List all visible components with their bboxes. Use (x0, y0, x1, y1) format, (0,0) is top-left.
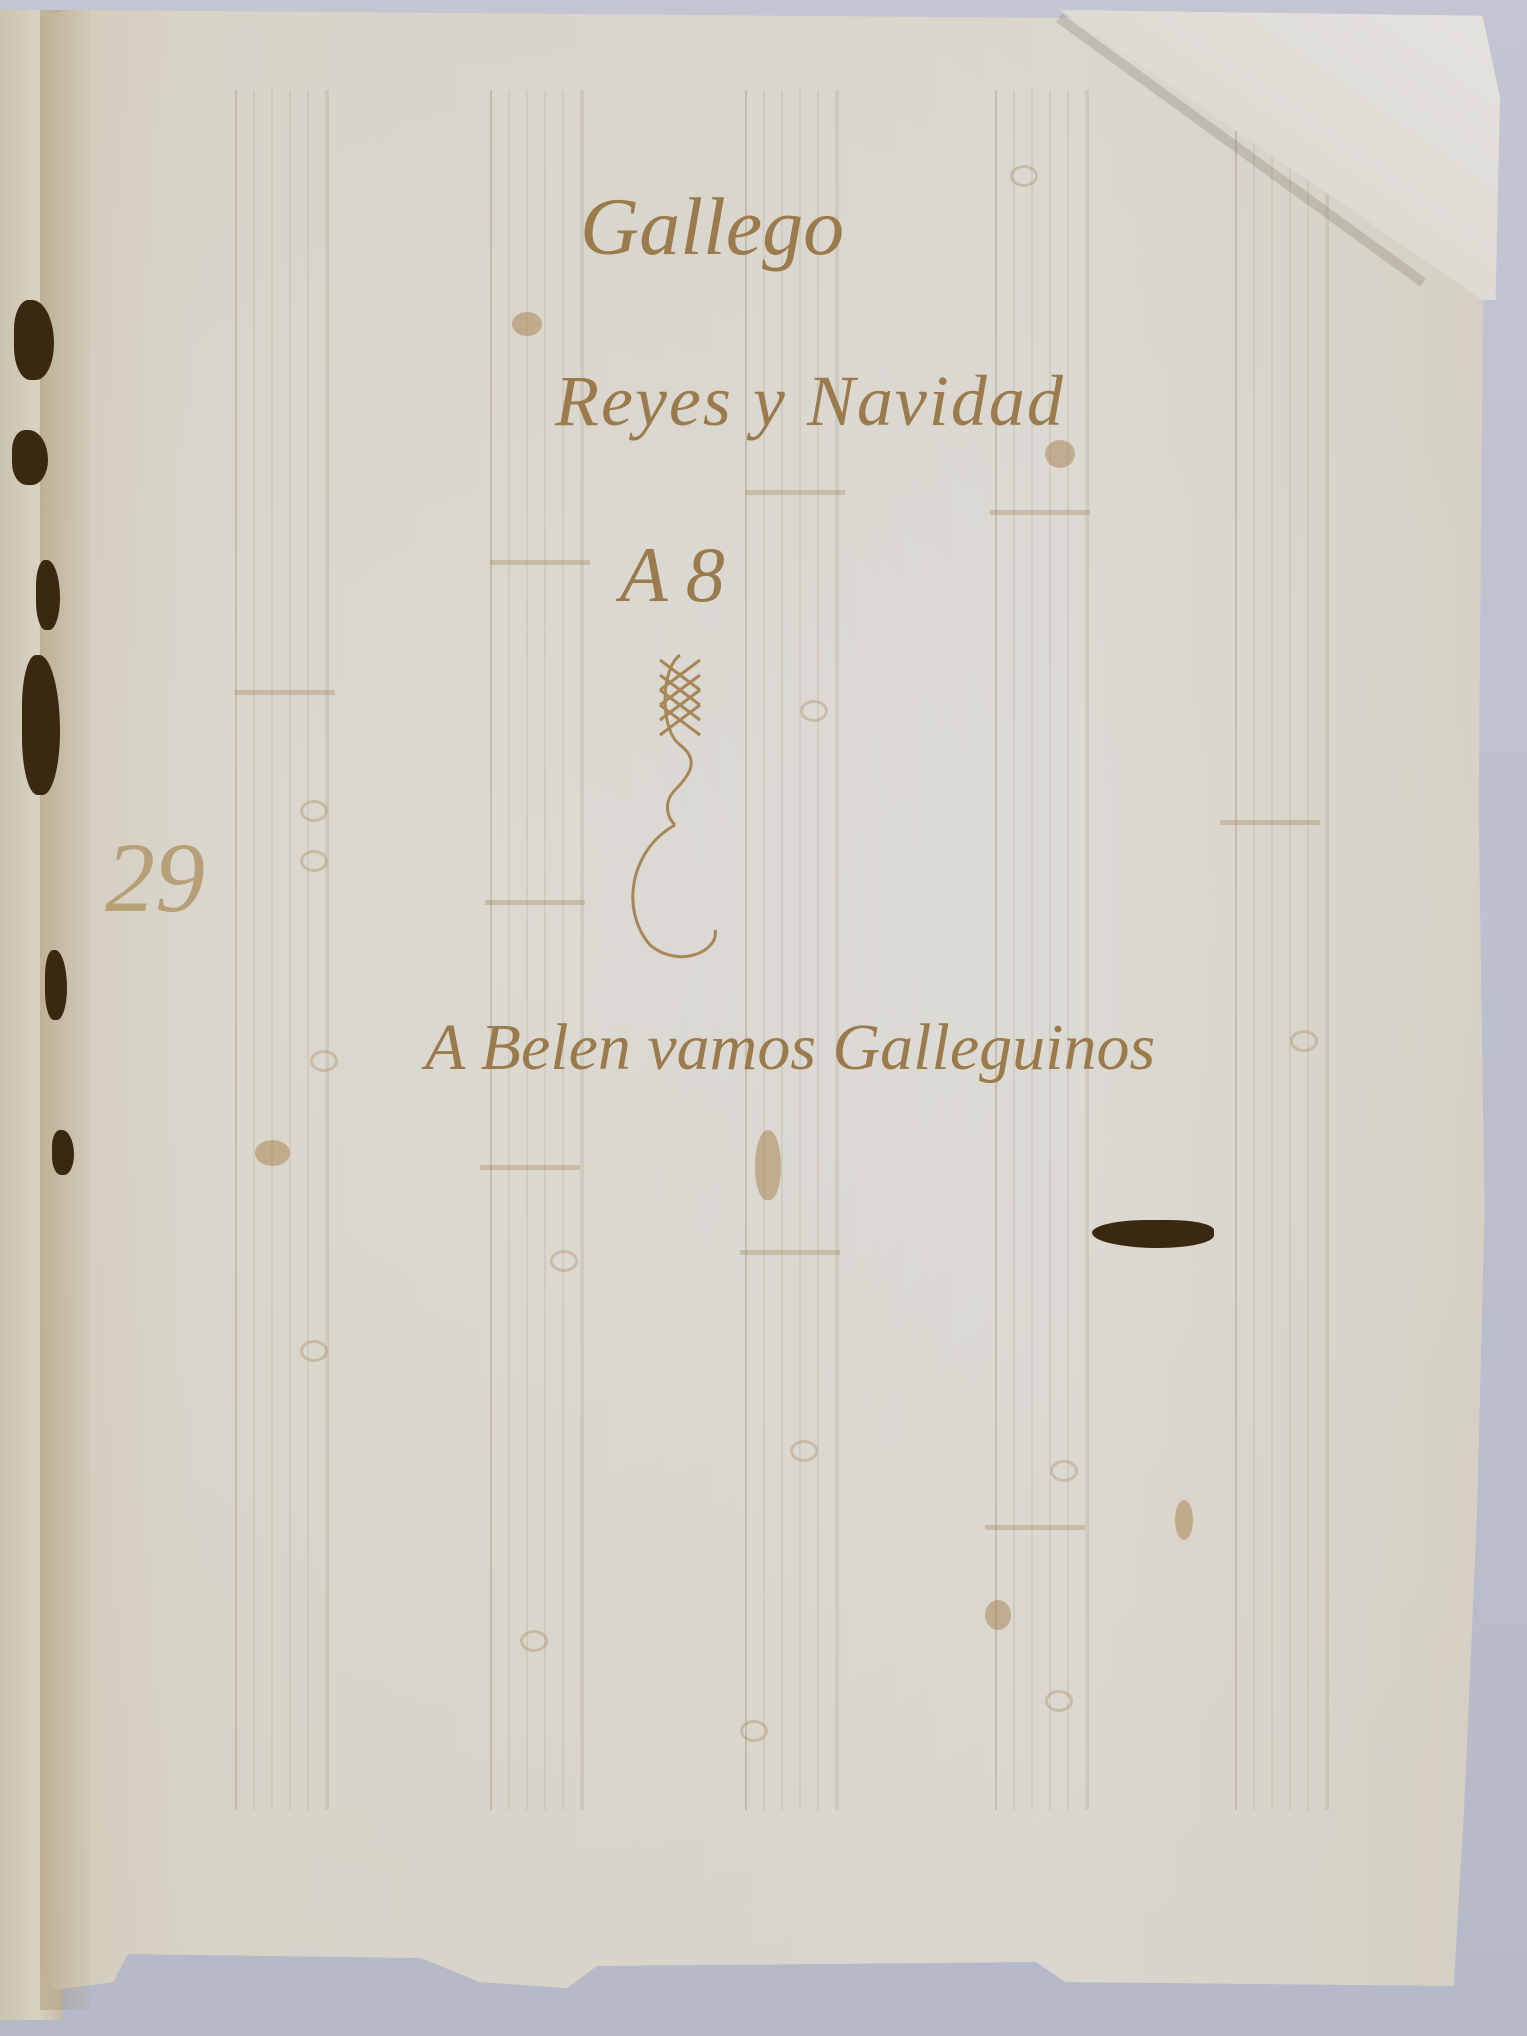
ink-drip (755, 1130, 781, 1200)
bleed-through-barline (990, 510, 1090, 515)
bleed-through-staff (235, 90, 329, 1810)
bleed-through-note (800, 700, 828, 722)
bleed-through-barline (235, 690, 335, 695)
bleed-through-staff (1235, 90, 1329, 1810)
bleed-through-staff (745, 90, 839, 1810)
genre-title: Gallego (580, 180, 844, 274)
bleed-through-note (300, 850, 328, 872)
bleed-through-staff (995, 90, 1089, 1810)
bleed-through-barline (480, 1165, 580, 1170)
bleed-through-note (300, 800, 328, 822)
worm-hole (52, 1130, 74, 1175)
bleed-through-barline (985, 1525, 1085, 1530)
bleed-through-staff (490, 90, 584, 1810)
bleed-through-barline (485, 900, 585, 905)
bleed-through-note (310, 1050, 338, 1072)
bleed-through-note (300, 1340, 328, 1362)
voices-count: A 8 (620, 530, 725, 620)
ink-stain (255, 1140, 290, 1166)
ink-drip (1175, 1500, 1193, 1540)
bleed-through-note (1010, 165, 1038, 187)
bleed-through-note (550, 1250, 578, 1272)
bleed-through-barline (490, 560, 590, 565)
bleed-through-note (740, 1720, 768, 1742)
ink-stain (985, 1600, 1011, 1630)
bleed-through-barline (745, 490, 845, 495)
bleed-through-note (1045, 1690, 1073, 1712)
bleed-through-barline (740, 1250, 840, 1255)
ink-stain (1045, 440, 1075, 468)
bleed-through-note (790, 1440, 818, 1462)
calligraphic-flourish-icon (620, 650, 740, 970)
margin-number: 29 (105, 820, 205, 935)
bleed-through-barline (1220, 820, 1320, 825)
ink-stain (512, 312, 542, 336)
bleed-through-note (520, 1630, 548, 1652)
bleed-through-note (1290, 1030, 1318, 1052)
incipit-text: A Belen vamos Galleguinos (425, 1010, 1155, 1086)
bleed-through-note (1050, 1460, 1078, 1482)
occasion-title: Reyes y Navidad (555, 360, 1065, 443)
